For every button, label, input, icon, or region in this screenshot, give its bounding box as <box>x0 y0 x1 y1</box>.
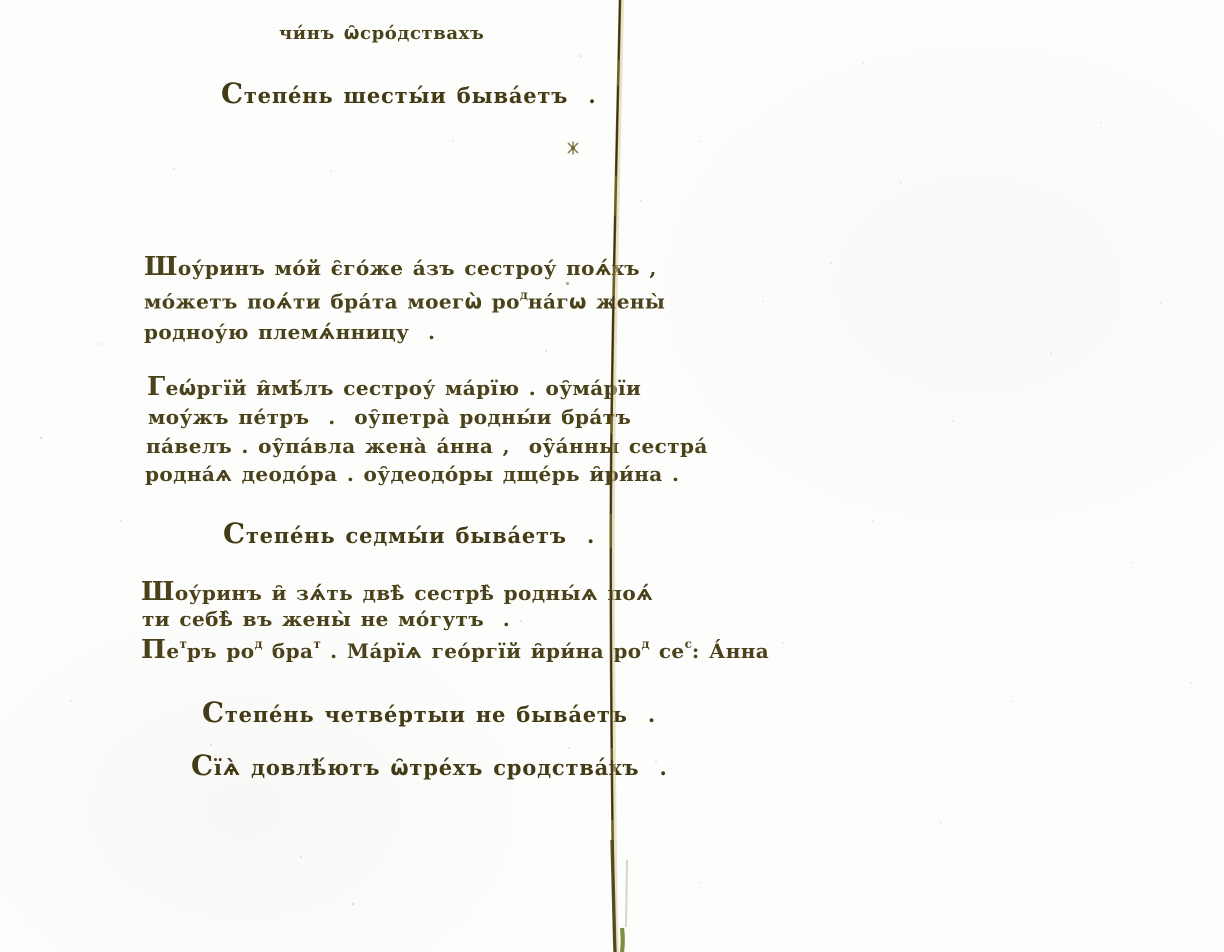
paper-speck <box>560 100 562 102</box>
paper-speck <box>98 343 100 345</box>
paper-speck <box>566 282 569 285</box>
rule7-line1: Шоу́ринъ и̑ зѧ́ть двѣ̀ сестрѣ̀ родны́ѧ п… <box>141 579 653 605</box>
ink-star-blot <box>565 140 581 156</box>
paper-speck <box>762 300 764 302</box>
formula-superscript: д <box>255 637 263 651</box>
rule6-line3: родноу́ю племѧ́нницу . <box>144 322 435 342</box>
paper-speck <box>545 350 547 352</box>
example6-line1: Геѡ́ргїй и̑мѣ́лъ сестроу́ ма́рїю . оу̑ма… <box>147 374 641 400</box>
paper-speck <box>648 470 650 472</box>
paper-speck <box>330 170 332 172</box>
paper-speck <box>173 168 175 170</box>
paper-speck <box>452 140 454 142</box>
formula-part: Пе <box>141 639 179 663</box>
degree-seven-heading: Степе́нь седмы́и быва́етъ . <box>223 520 595 548</box>
rule6-line1: Шоу́ринъ мо́й є̑го́же а́зъ сестроу́ поѧ́… <box>144 254 657 280</box>
paper-speck <box>872 520 874 522</box>
paper-speck <box>300 856 302 858</box>
paper-speck <box>1100 122 1102 124</box>
paper-speck <box>830 262 832 264</box>
scanned-book-spread: чи́нъ ѡ̑сро́дствахъ Степе́нь шесты́и быв… <box>0 0 1224 952</box>
paper-speck <box>782 642 784 644</box>
rule7-line2: ти себѣ̀ въ жены̀ не мо́гутъ . <box>142 609 510 629</box>
paper-speck <box>700 140 702 142</box>
paper-speck <box>1160 302 1162 304</box>
formula-part: бра <box>263 639 314 663</box>
paper-speck <box>40 437 42 439</box>
paper-speck <box>520 620 522 622</box>
chapter-header: чи́нъ ѡ̑сро́дствахъ <box>279 25 484 43</box>
paper-speck <box>655 760 657 762</box>
paper-speck <box>700 882 702 884</box>
formula-superscript: т <box>313 637 320 651</box>
paper-speck <box>580 55 582 57</box>
right-page-blank <box>625 0 1224 952</box>
paper-speck <box>568 747 570 749</box>
paper-speck <box>120 520 122 522</box>
paper-speck <box>862 62 864 64</box>
rule6-line2-a: мо́жетъ поѧ́ти бра́та моегѡ̀ ро <box>144 290 520 314</box>
formula-superscript: т <box>179 637 186 651</box>
paper-speck <box>352 903 354 905</box>
paper-speck <box>70 700 72 702</box>
paper-speck <box>1130 562 1132 564</box>
paper-speck <box>952 420 954 422</box>
paper-speck <box>1010 700 1012 702</box>
example6-line2: моу́жъ пе́тръ . оу̑петра̀ родны́и бра́тъ <box>148 407 631 427</box>
rule6-line2-superscript: д <box>520 288 528 302</box>
paper-speck <box>940 822 942 824</box>
degree-six-heading: Степе́нь шесты́и быва́етъ . <box>221 80 596 108</box>
formula-part: ръ ро <box>187 639 255 663</box>
paper-speck <box>1190 682 1192 684</box>
paper-speck <box>210 744 212 746</box>
paper-speck <box>900 182 902 184</box>
paper-speck <box>1050 352 1052 354</box>
paper-speck <box>640 200 642 202</box>
